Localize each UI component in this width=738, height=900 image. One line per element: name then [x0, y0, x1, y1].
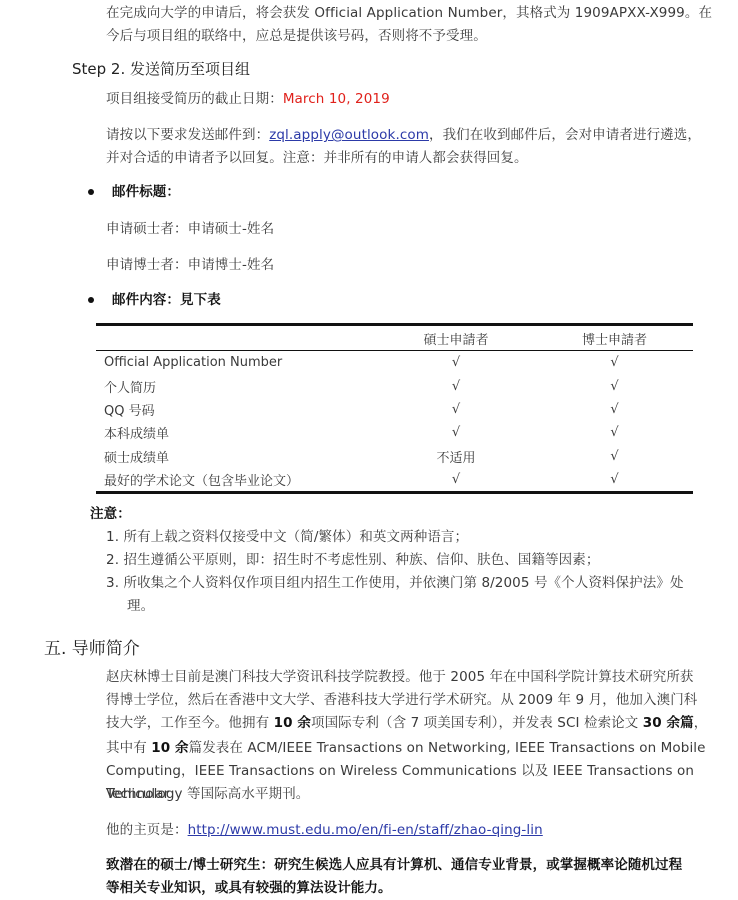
table-cell-master: √ — [376, 374, 536, 397]
email-prefix: 请按以下要求发送邮件到： — [106, 127, 269, 143]
homepage-link[interactable]: http://www.must.edu.mo/en/fi-en/staff/zh… — [188, 822, 543, 838]
step2-heading: Step 2. 发送简历至项目组 — [72, 58, 250, 79]
table-cell-master: √ — [376, 468, 536, 493]
homepage-line: 他的主页是：http://www.must.edu.mo/en/fi-en/st… — [106, 819, 543, 842]
table-row: QQ 号码 √ √ — [96, 398, 693, 421]
content-bullet-label: 邮件内容：見下表 — [112, 289, 221, 312]
table-row: 个人简历 √ √ — [96, 374, 693, 397]
table-cell-master: √ — [376, 421, 536, 444]
subject-phd: 申请博士者：申请博士-姓名 — [106, 254, 274, 277]
notes-title: 注意： — [90, 503, 131, 526]
table-cell-master: √ — [376, 351, 536, 375]
requirement-line-1: 致潜在的硕士/博士研究生：研究生候选人应具有计算机、通信专业背景，或掌握概率论随… — [106, 854, 682, 877]
intro-line-2: 今后与项目组的联络中，应总是提供该号码，否则将不予受理。 — [106, 25, 487, 48]
table-cell-item: QQ 号码 — [96, 398, 376, 421]
bio-line-2: 得博士学位，然后在香港中文大学、香港科技大学进行学术研究。从 2009 年 9 … — [106, 689, 697, 712]
bio-line-4: 其中有 10 余篇发表在 ACM/IEEE Transactions on Ne… — [106, 737, 706, 760]
intro-line-1: 在完成向大学的申请后，将会获发 Official Application Num… — [106, 2, 712, 25]
bio-text: 技大学，工作至今。他拥有 — [106, 715, 274, 731]
table-header-phd: 博士申請者 — [536, 325, 693, 351]
table-header-row: 碩士申請者 博士申請者 — [96, 325, 693, 351]
table-cell-phd: √ — [536, 374, 693, 397]
bio-text: 其中有 — [106, 740, 151, 756]
table-cell-phd: √ — [536, 398, 693, 421]
subject-master: 申请硕士者：申请硕士-姓名 — [106, 218, 274, 241]
table-cell-item: 硕士成绩单 — [96, 445, 376, 468]
bullet-icon — [88, 189, 94, 195]
section5-heading: 五. 导师简介 — [44, 634, 140, 659]
table-row: 硕士成绩单 不适用 √ — [96, 445, 693, 468]
subject-bullet-label: 邮件标题： — [112, 181, 180, 204]
table-cell-item: 本科成绩单 — [96, 421, 376, 444]
table-cell-phd: √ — [536, 351, 693, 375]
email-instruction-line-1: 请按以下要求发送邮件到：zql.apply@outlook.com，我们在收到邮… — [106, 124, 701, 147]
requirements-table: 碩士申請者 博士申請者 Official Application Number … — [96, 323, 693, 494]
table-cell-item: Official Application Number — [96, 351, 376, 375]
table-cell-phd: √ — [536, 421, 693, 444]
deadline-line: 项目组接受简历的截止日期：March 10, 2019 — [106, 88, 390, 111]
email-instruction-line-2: 并对合适的申请者予以回复。注意：并非所有的申请人都会获得回复。 — [106, 147, 528, 170]
note-item-3-cont: 理。 — [127, 595, 154, 618]
bio-text: ， — [694, 715, 708, 731]
table-cell-master: √ — [376, 398, 536, 421]
table-header-master: 碩士申請者 — [376, 325, 536, 351]
table-cell-item: 个人简历 — [96, 374, 376, 397]
table-cell-master: 不适用 — [376, 445, 536, 468]
email-link[interactable]: zql.apply@outlook.com — [269, 127, 429, 143]
note-item-1: 1. 所有上载之资料仅接受中文（简/繁体）和英文两种语言； — [106, 526, 468, 549]
bio-text: 项国际专利（含 7 项美国专利），并发表 SCI 检索论文 — [311, 715, 643, 731]
table-cell-phd: √ — [536, 445, 693, 468]
table-row: Official Application Number √ √ — [96, 351, 693, 375]
bullet-icon — [88, 297, 94, 303]
table-row: 最好的学术论文（包含毕业论文） √ √ — [96, 468, 693, 493]
bio-bold-patents: 10 余 — [274, 715, 311, 731]
bio-line-1: 赵庆林博士目前是澳门科技大学资讯科技学院教授。他于 2005 年在中国科学院计算… — [106, 666, 694, 689]
bio-text: 篇发表在 ACM/IEEE Transactions on Networking… — [189, 740, 706, 756]
deadline-value: March 10, 2019 — [283, 91, 390, 107]
email-suffix: ，我们在收到邮件后，会对申请者进行遴选， — [429, 127, 701, 143]
table-header-empty — [96, 325, 376, 351]
note-item-3: 3. 所收集之个人资料仅作项目组内招生工作使用，并依澳门第 8/2005 号《个… — [106, 572, 684, 595]
table-cell-item: 最好的学术论文（包含毕业论文） — [96, 468, 376, 493]
bio-bold-count: 10 余 — [151, 740, 188, 756]
table-cell-phd: √ — [536, 468, 693, 493]
requirement-line-2: 等相关专业知识，或具有较强的算法设计能力。 — [106, 877, 392, 900]
bio-line-6: Technology 等国际高水平期刊。 — [106, 783, 309, 806]
bio-line-3: 技大学，工作至今。他拥有 10 余项国际专利（含 7 项美国专利），并发表 SC… — [106, 712, 707, 735]
bio-bold-papers: 30 余篇 — [643, 715, 694, 731]
table-row: 本科成绩单 √ √ — [96, 421, 693, 444]
note-item-2: 2. 招生遵循公平原则，即：招生时不考虑性别、种族、信仰、肤色、国籍等因素； — [106, 549, 599, 572]
homepage-label: 他的主页是： — [106, 822, 188, 838]
deadline-label: 项目组接受简历的截止日期： — [106, 91, 283, 107]
